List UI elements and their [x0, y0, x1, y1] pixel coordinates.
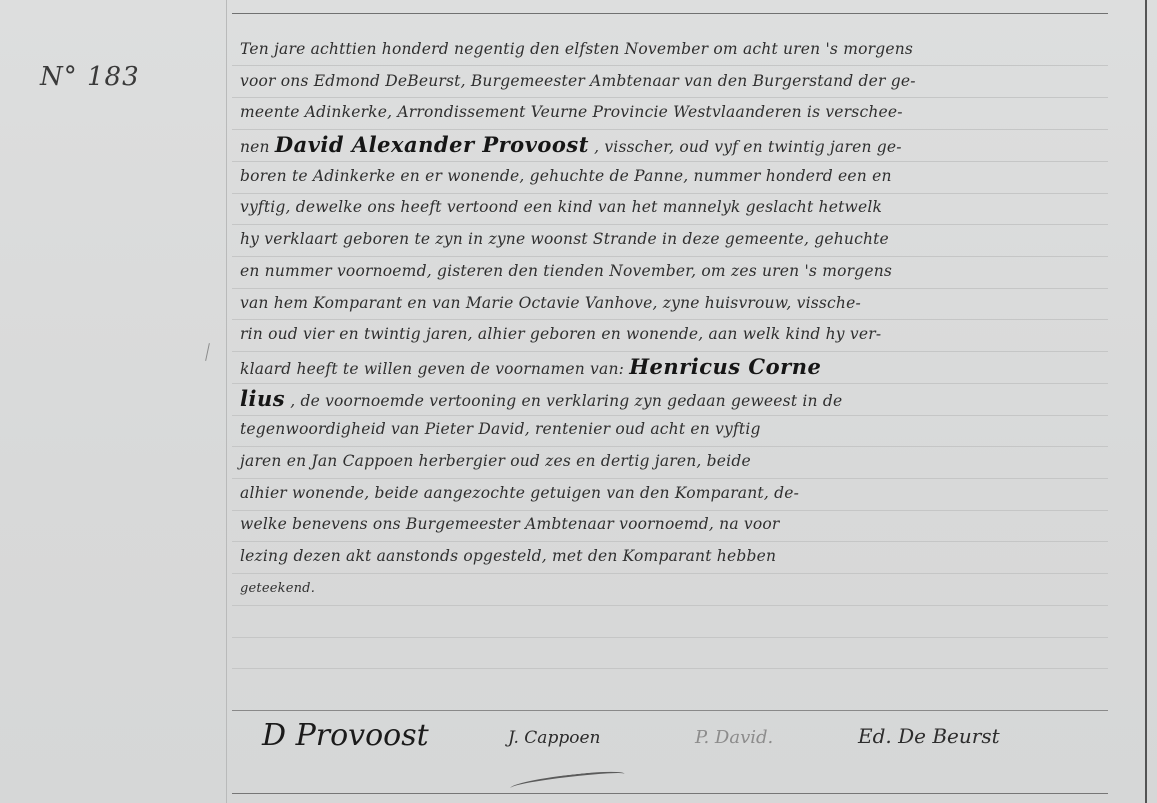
text-line: Ten jare achttien honderd negentig den e… — [240, 34, 1130, 66]
text-line: hy verklaart geboren te zyn in zyne woon… — [240, 224, 1130, 256]
text-line: rin oud vier en twintig jaren, alhier ge… — [240, 319, 1130, 351]
record-text: Ten jare achttien honderd negentig den e… — [240, 34, 1130, 604]
ruled-line — [232, 637, 1108, 638]
signature-official: Ed. De Beurst — [858, 724, 1000, 748]
signature-witness-2: P. David. — [695, 727, 773, 748]
bottom-rule — [232, 793, 1108, 794]
text-fragment: nen — [240, 138, 270, 156]
signatures-block: D Provoost J. Cappoen P. David. Ed. De B… — [262, 722, 1122, 772]
top-rule — [232, 13, 1108, 14]
text-fragment: , visscher, oud vyf en twintig jaren ge- — [594, 138, 902, 156]
signature-top-rule — [232, 710, 1108, 711]
text-line: vyftig, dewelke ons heeft vertoond een k… — [240, 192, 1130, 224]
text-line: lezing dezen akt aanstonds opgesteld, me… — [240, 541, 1130, 573]
text-line: boren te Adinkerke en er wonende, gehuch… — [240, 161, 1130, 193]
text-line: alhier wonende, beide aangezochte getuig… — [240, 478, 1130, 510]
ruled-line — [232, 605, 1108, 606]
text-fragment: klaard heeft te willen geven de voorname… — [240, 360, 624, 378]
margin-mark — [205, 343, 210, 361]
text-line: nen David Alexander Provoost , visscher,… — [240, 129, 1130, 161]
text-line: en nummer voornoemd, gisteren den tiende… — [240, 256, 1130, 288]
signature-flourish — [510, 769, 626, 793]
entry-number: N° 183 — [40, 62, 140, 92]
father-name: David Alexander Provoost — [275, 132, 589, 157]
text-line: jaren en Jan Cappoen herbergier oud zes … — [240, 446, 1130, 478]
text-line: meente Adinkerke, Arrondissement Veurne … — [240, 97, 1130, 129]
text-line: geteekend. — [240, 573, 1130, 605]
ruled-line — [232, 668, 1108, 669]
margin-rule — [226, 0, 227, 803]
signature-witness-1: J. Cappoen — [508, 728, 600, 748]
child-name-continued: lius — [240, 386, 285, 411]
text-line: klaard heeft te willen geven de voorname… — [240, 351, 1130, 383]
text-line: welke benevens ons Burgemeester Ambtenaa… — [240, 509, 1130, 541]
child-name: Henricus Corne — [629, 354, 821, 379]
register-page: N° 183 Ten jare achttien honderd negenti… — [0, 0, 1157, 803]
page-right-border — [1145, 0, 1147, 803]
text-line: voor ons Edmond DeBeurst, Burgemeester A… — [240, 66, 1130, 98]
text-fragment: , de voornoemde vertooning en verklaring… — [290, 392, 842, 410]
signature-father: D Provoost — [262, 718, 429, 753]
text-line: lius , de voornoemde vertooning en verkl… — [240, 383, 1130, 415]
text-line: van hem Komparant en van Marie Octavie V… — [240, 288, 1130, 320]
text-line: tegenwoordigheid van Pieter David, rente… — [240, 414, 1130, 446]
